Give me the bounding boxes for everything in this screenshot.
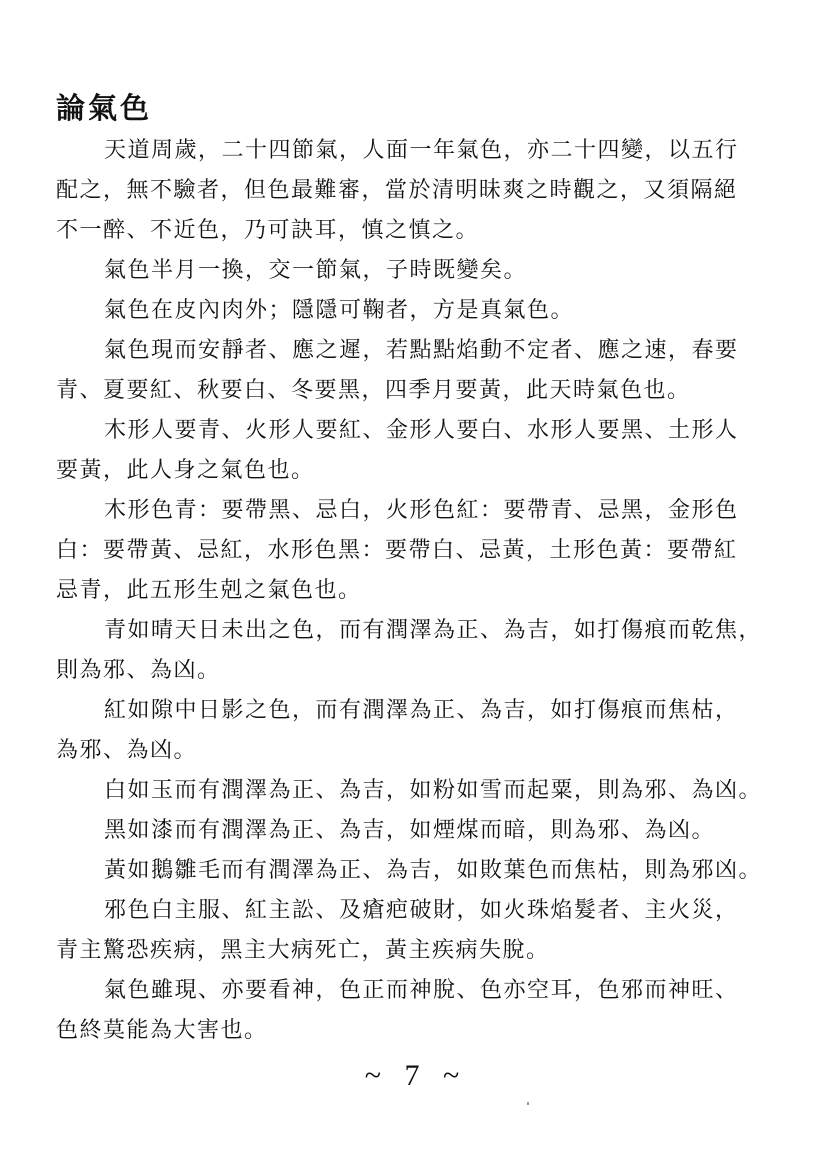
text-line: 忌青，此五形生剋之氣色也。 xyxy=(56,576,768,606)
text-line: 氣色現而安靜者、應之遲，若點點焰動不定者、應之速，春要 xyxy=(104,336,768,366)
scan-speck xyxy=(527,1102,529,1105)
text-line: 木形人要青、火形人要紅、金形人要白、水形人要黑、土形人 xyxy=(104,416,768,446)
text-line: 要黃，此人身之氣色也。 xyxy=(56,456,768,486)
text-line: 青、夏要紅、秋要白、冬要黑，四季月要黃，此天時氣色也。 xyxy=(56,376,768,406)
text-line: 邪色白主服、紅主訟、及瘡疤破財，如火珠焰髮者、主火災， xyxy=(104,896,768,926)
text-line: 色終莫能為大害也。 xyxy=(56,1016,768,1046)
text-line: 青主驚恐疾病，黑主大病死亡，黃主疾病失脫。 xyxy=(56,936,768,966)
text-line: 氣色雖現、亦要看神，色正而神脫、色亦空耳，色邪而神旺、 xyxy=(104,976,768,1006)
text-line: 木形色青：要帶黑、忌白，火形色紅：要帶青、忌黑，金形色 xyxy=(104,496,768,526)
text-line: 白：要帶黃、忌紅，水形色黑：要帶白、忌黃，土形色黃：要帶紅 xyxy=(56,536,768,566)
text-line: 天道周歲，二十四節氣，人面一年氣色，亦二十四變，以五行 xyxy=(104,136,768,166)
page-number: ~ 7 ~ xyxy=(0,1058,832,1094)
text-line: 則為邪、為凶。 xyxy=(56,656,768,686)
text-line: 氣色在皮內肉外；隱隱可鞠者，方是真氣色。 xyxy=(104,296,768,326)
text-line: 青如晴天日未出之色，而有潤澤為正、為吉，如打傷痕而乾焦， xyxy=(104,616,768,646)
text-line: 黃如鵝雛毛而有潤澤為正、為吉，如敗葉色而焦枯，則為邪凶。 xyxy=(104,856,768,886)
text-line: 為邪、為凶。 xyxy=(56,736,768,766)
text-line: 黑如漆而有潤澤為正、為吉，如煙煤而暗，則為邪、為凶。 xyxy=(104,816,768,846)
text-line: 氣色半月一換，交一節氣，子時既變矣。 xyxy=(104,256,768,286)
section-title: 論氣色 xyxy=(56,88,152,128)
document-page: 論氣色 天道周歲，二十四節氣，人面一年氣色，亦二十四變，以五行配之，無不驗者，但… xyxy=(0,0,832,1169)
text-line: 紅如隙中日影之色，而有潤澤為正、為吉，如打傷痕而焦枯， xyxy=(104,696,768,726)
text-line: 配之，無不驗者，但色最難審，當於清明昧爽之時觀之，又須隔絕 xyxy=(56,176,768,206)
text-line: 不一醉、不近色，乃可訣耳，慎之慎之。 xyxy=(56,216,768,246)
text-line: 白如玉而有潤澤為正、為吉，如粉如雪而起粟，則為邪、為凶。 xyxy=(104,776,768,806)
